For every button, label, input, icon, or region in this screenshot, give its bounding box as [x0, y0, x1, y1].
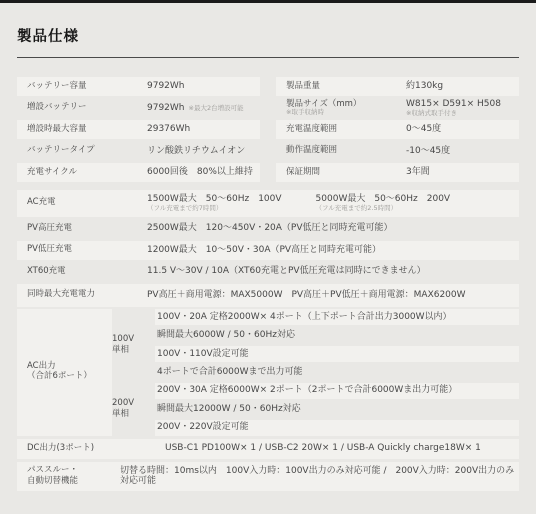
ac-output-row: 100V・20A 定格2000W× 4ポート（上下ポート合計出力3000W以内） — [155, 309, 519, 325]
spec-label: PV高圧充電 — [27, 224, 147, 234]
spec-value: -10〜45度 — [406, 146, 519, 156]
ac-output-row: 100V・110V設定可能 — [155, 346, 519, 362]
spec-value: 11.5 V〜30V / 10A（XT60充電とPV低圧充電は同時にできません） — [147, 266, 519, 276]
top-accent-bar — [0, 0, 536, 3]
ac-output-rows-100v: 100V・20A 定格2000W× 4ポート（上下ポート合計出力3000W以内）… — [155, 309, 519, 381]
product-spec-table: 製品重量 約130kg 製品サイズ（mm）※取手収納時 W815× D591× … — [276, 77, 519, 185]
spec-value: 2500W最大 120〜450V・20A（PV低圧と同時充電可能） — [147, 223, 519, 233]
spec-row-charge-temp: 充電温度範囲 0〜45度 — [276, 120, 519, 139]
spec-label: XT60充電 — [27, 267, 147, 277]
sublabel-line1: 200V — [112, 398, 155, 409]
ac-output-row: 4ポートで合計6000Wまで出力可能 — [155, 365, 519, 381]
spec-value: 約130kg — [406, 81, 519, 91]
spec-label: DC出力(3ポート) — [27, 444, 165, 454]
spec-label-note: ※取手収納時 — [286, 109, 406, 116]
spec-value-note: ※最大2台増設可能 — [189, 104, 244, 112]
spec-row-size: 製品サイズ（mm）※取手収納時 W815× D591× H508※収納式取手付き — [276, 99, 519, 118]
spec-label-text: 製品重量 — [286, 81, 320, 91]
spec-label: バッテリータイプ — [27, 146, 147, 156]
spec-row-pv-high-charge: PV高圧充電 2500W最大 120〜450V・20A（PV低圧と同時充電可能） — [17, 219, 519, 238]
spec-value: 瞬間最大12000W / 50・60Hz対応 — [157, 404, 301, 414]
sublabel-line2: 単相 — [112, 345, 155, 356]
spec-label: PV低圧充電 — [27, 245, 147, 255]
spec-label: バッテリー容量 — [27, 82, 147, 92]
spec-row-warranty: 保証期間 3年間 — [276, 163, 519, 182]
spec-value-note: （フル充電まで約2.5時間） — [316, 205, 451, 212]
spec-value-text: 3年間 — [406, 167, 430, 177]
ac-output-body: 100V 単相 100V・20A 定格2000W× 4ポート（上下ポート合計出力… — [112, 309, 519, 436]
spec-label-text: 動作温度範囲 — [286, 145, 337, 155]
ac-output-row: 200V・220V設定可能 — [155, 420, 519, 436]
spec-value: 100V・110V設定可能 — [157, 349, 249, 359]
spec-row-passthrough: パススルー・ 自動切替機能 切替る時間：10ms以内 100V入力時：100V出… — [17, 462, 519, 491]
spec-value: 切替る時間：10ms以内 100V入力時：100V出力のみ対応可能 / 200V… — [120, 466, 519, 487]
spec-row-max-capacity: 増設時最大容量 29376Wh — [17, 120, 260, 139]
spec-value: 1200W最大 10〜50V・30A（PV高圧と同時充電可能） — [147, 245, 519, 255]
spec-label: 増設バッテリー — [27, 103, 147, 113]
spec-value-note: （フル充電まで約7時間） — [147, 205, 282, 212]
spec-value: 9792Wh※最大2台増設可能 — [147, 103, 260, 113]
spec-row-ac-charge: AC充電 1500W最大 50〜60Hz 100V （フル充電まで約7時間） 5… — [17, 190, 519, 217]
spec-value: 9792Wh — [147, 81, 260, 91]
spec-label: 充電サイクル — [27, 168, 147, 178]
spec-value: 瞬間最大6000W / 50・60Hz対応 — [157, 330, 295, 340]
ac-charge-values: 1500W最大 50〜60Hz 100V （フル充電まで約7時間） 5000W最… — [147, 194, 519, 211]
spec-value: 0〜45度 — [406, 124, 519, 134]
spec-label: 増設時最大容量 — [27, 125, 147, 135]
spec-value: 100V・20A 定格2000W× 4ポート（上下ポート合計出力3000W以内） — [157, 312, 452, 322]
page-title: 製品仕様 — [17, 25, 519, 46]
spec-value-text: 9792Wh — [147, 103, 185, 113]
spec-label-text: 充電温度範囲 — [286, 124, 337, 134]
spec-label: パススルー・ 自動切替機能 — [27, 465, 120, 487]
spec-value: 200V・30A 定格6000W× 2ポート（2ポートで合計6000Wま出力可能… — [157, 385, 457, 395]
ac-output-section: AC出力 （合計6ポート） 100V 単相 100V・20A 定格2000W× … — [17, 309, 519, 436]
spec-value: リン酸鉄リチウムイオン — [147, 146, 260, 156]
spec-value-text: -10〜45度 — [406, 146, 450, 156]
spec-value-text: 29376Wh — [147, 124, 190, 134]
charge-spec-table: AC充電 1500W最大 50〜60Hz 100V （フル充電まで約7時間） 5… — [17, 190, 519, 307]
spec-value: 3年間 — [406, 167, 519, 177]
ac-output-row: 200V・30A 定格6000W× 2ポート（2ポートで合計6000Wま出力可能… — [155, 383, 519, 399]
spec-label-line2: （合計6ポート） — [27, 372, 112, 382]
spec-value: 29376Wh — [147, 124, 260, 134]
spec-value-text: W815× D591× H508 — [406, 99, 501, 109]
spec-value-note: ※収納式取手付き — [406, 110, 519, 117]
spec-label: 動作温度範囲 — [286, 146, 406, 156]
spec-value-text: 約130kg — [406, 81, 443, 91]
spec-row-extra-battery: 増設バッテリー 9792Wh※最大2台増設可能 — [17, 99, 260, 118]
spec-value: 4ポートで合計6000Wまで出力可能 — [157, 367, 303, 377]
spec-label: 製品サイズ（mm）※取手収納時 — [286, 100, 406, 117]
spec-label-text: 保証期間 — [286, 167, 320, 177]
spec-value-text: 6000回後 80%以上維持 — [147, 167, 253, 177]
spec-row-charge-cycle: 充電サイクル 6000回後 80%以上維持 — [17, 163, 260, 182]
top-spec-tables: バッテリー容量 9792Wh 増設バッテリー 9792Wh※最大2台増設可能 増… — [17, 77, 519, 185]
spec-row-battery-capacity: バッテリー容量 9792Wh — [17, 77, 260, 96]
title-divider — [17, 57, 519, 58]
spec-value-text: リン酸鉄リチウムイオン — [147, 146, 245, 156]
ac-output-row: 瞬間最大6000W / 50・60Hz対応 — [155, 328, 519, 344]
ac-output-group-100v: 100V 単相 100V・20A 定格2000W× 4ポート（上下ポート合計出力… — [112, 309, 519, 381]
spec-label: 保証期間 — [286, 168, 406, 178]
sublabel-line1: 100V — [112, 334, 155, 345]
battery-spec-table: バッテリー容量 9792Wh 増設バッテリー 9792Wh※最大2台増設可能 増… — [17, 77, 260, 185]
spec-row-weight: 製品重量 約130kg — [276, 77, 519, 96]
spec-row-operating-temp: 動作温度範囲 -10〜45度 — [276, 142, 519, 161]
ac-output-sublabel-100v: 100V 単相 — [112, 309, 155, 381]
spec-value: 200V・220V設定可能 — [157, 422, 249, 432]
spec-label-line2: 自動切替機能 — [27, 476, 78, 486]
spec-row-xt60-charge: XT60充電 11.5 V〜30V / 10A（XT60充電とPV低圧充電は同時… — [17, 262, 519, 281]
ac-output-rows-200v: 200V・30A 定格6000W× 2ポート（2ポートで合計6000Wま出力可能… — [155, 383, 519, 436]
ac-charge-200v: 5000W最大 50〜60Hz 200V （フル充電まで約2.5時間） — [316, 194, 451, 211]
spec-row-battery-type: バッテリータイプ リン酸鉄リチウムイオン — [17, 142, 260, 161]
spec-row-pv-low-charge: PV低圧充電 1200W最大 10〜50V・30A（PV高圧と同時充電可能） — [17, 241, 519, 260]
spec-value: PV高圧＋商用電源：MAX5000W PV高圧＋PV低圧＋商用電源：MAX620… — [147, 290, 519, 300]
spec-value: 6000回後 80%以上維持 — [147, 167, 260, 177]
spec-value-text: 9792Wh — [147, 81, 185, 91]
spec-row-max-simultaneous-charge: 同時最大充電電力 PV高圧＋商用電源：MAX5000W PV高圧＋PV低圧＋商用… — [17, 284, 519, 307]
spec-value-text: 0〜45度 — [406, 124, 441, 134]
sublabel-line2: 単相 — [112, 409, 155, 420]
ac-output-label-cell: AC出力 （合計6ポート） — [17, 309, 112, 436]
spec-sheet: 製品仕様 バッテリー容量 9792Wh 増設バッテリー 9792Wh※最大2台増… — [0, 25, 536, 491]
ac-output-sublabel-200v: 200V 単相 — [112, 383, 155, 436]
spec-label: 同時最大充電電力 — [27, 290, 147, 300]
spec-row-dc-output: DC出力(3ポート) USB-C1 PD100W× 1 / USB-C2 20W… — [17, 439, 519, 459]
spec-label: 製品重量 — [286, 82, 406, 92]
spec-label-line1: パススルー・ — [27, 465, 78, 475]
ac-charge-100v: 1500W最大 50〜60Hz 100V （フル充電まで約7時間） — [147, 194, 282, 211]
spec-value: USB-C1 PD100W× 1 / USB-C2 20W× 1 / USB-A… — [165, 443, 519, 453]
spec-label: 充電温度範囲 — [286, 125, 406, 135]
spec-label: AC充電 — [27, 198, 147, 208]
ac-output-row: 瞬間最大12000W / 50・60Hz対応 — [155, 401, 519, 417]
ac-output-group-200v: 200V 単相 200V・30A 定格6000W× 2ポート（2ポートで合計60… — [112, 383, 519, 436]
spec-value: W815× D591× H508※収納式取手付き — [406, 99, 519, 116]
